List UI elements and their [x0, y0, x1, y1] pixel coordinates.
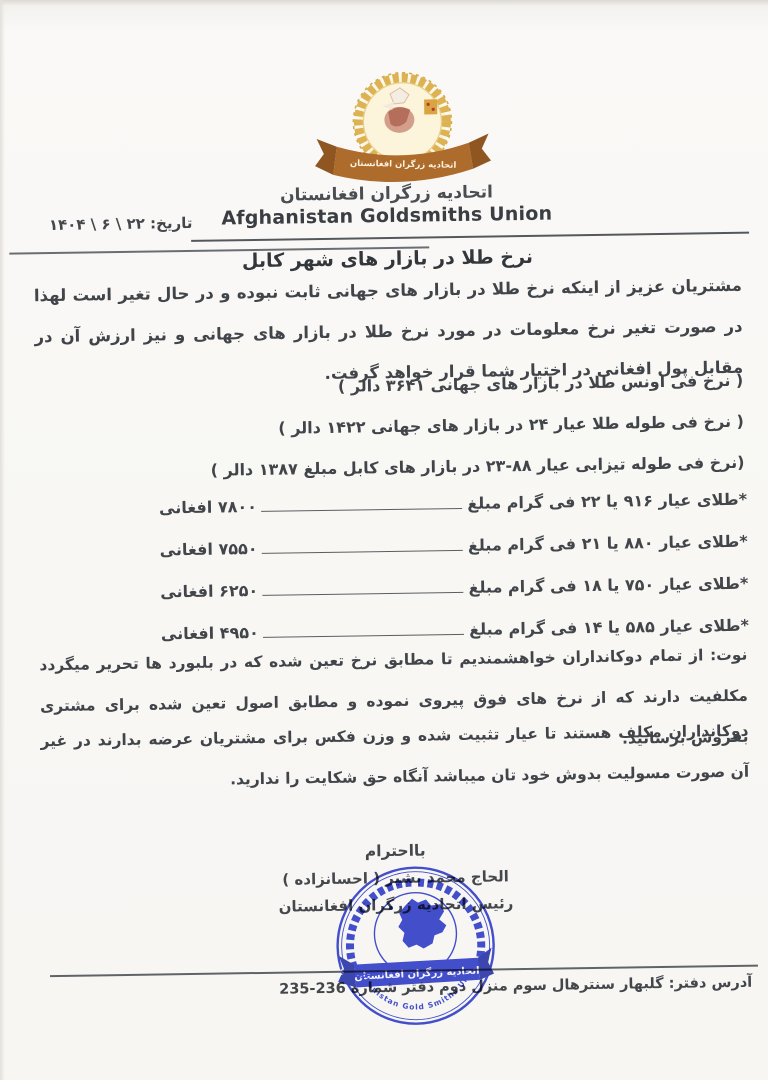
scanned-page: اتحادیه زرگران افغانستان اتحادیه زرگران …	[0, 0, 768, 1080]
price-value: ۷۸۰۰ افغانی	[159, 496, 257, 516]
logo-art-gold-block	[424, 99, 437, 114]
goldsmiths-union-logo: اتحادیه زرگران افغانستان	[302, 70, 504, 191]
price-label: *طلای عیار ۷۵۰ یا ۱۸ فی گرام مبلغ	[468, 573, 748, 596]
price-label: *طلای عیار ۹۱۶ یا ۲۲ فی گرام مبلغ	[467, 489, 747, 512]
note-paragraph: دوکانداران مکلف هستند تا عیار تثبیت شده …	[40, 711, 749, 803]
stamp-outer-ring	[336, 867, 494, 1025]
document-content: اتحادیه زرگران افغانستان اتحادیه زرگران …	[28, 0, 756, 1080]
price-label: *طلای عیار ۸۸۰ یا ۲۱ فی گرام مبلغ	[468, 531, 748, 554]
price-value: ۷۵۵۰ افغانی	[160, 538, 258, 558]
header-rule-right	[191, 232, 749, 242]
stamp-map-dot	[389, 906, 393, 910]
price-fill-line	[263, 621, 465, 637]
price-value: ۴۹۵۰ افغانی	[161, 622, 259, 642]
logo-banner-label: اتحادیه زرگران افغانستان	[350, 158, 457, 171]
union-stamp: اتحاديه زرگران افغانستان ۱۳۹۴ Afghanista…	[332, 862, 498, 1028]
price-table: *طلای عیار ۹۱۶ یا ۲۲ فی گرام مبلغ ۷۸۰۰ ا…	[159, 478, 749, 655]
price-fill-line	[262, 579, 464, 595]
world-rates-list: ( نرخ فی اونس طلا در بازار های جهانی ۳۶۴…	[35, 360, 745, 493]
price-fill-line	[261, 495, 463, 511]
price-value: ۶۲۵۰ افغانی	[160, 580, 258, 600]
stamp-afghanistan-map	[398, 898, 447, 949]
logo-banner-left-fold	[315, 139, 338, 175]
date-field: تاریخ: ۲۲ \ ۶ \ ۱۴۰۴	[49, 214, 193, 234]
price-fill-line	[261, 537, 463, 553]
